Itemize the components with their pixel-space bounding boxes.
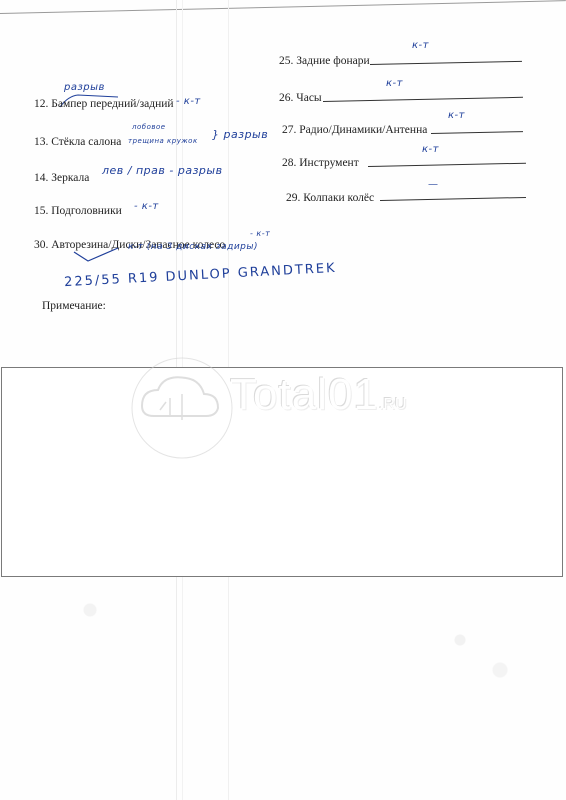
field-label-tools: 28. Инструмент [282, 157, 359, 169]
handwritten-value-hubcaps: — [428, 179, 439, 190]
scan-top-edge [0, 0, 566, 14]
car-cloud-logo-icon [130, 350, 240, 460]
field-label-radio: 27. Радио/Динамики/Антенна [282, 124, 427, 136]
field-underline [380, 197, 526, 201]
field-label-hubcaps: 29. Колпаки колёс [286, 192, 374, 204]
handwritten-value-rear-lights: к-т [412, 40, 429, 51]
handwritten-value-cabin-glass-1: лобовое [132, 124, 166, 131]
field-label-mirrors: 14. Зеркала [34, 172, 89, 184]
handwritten-value-cabin-glass-side: } разрыв [212, 128, 268, 141]
handwritten-annotation: разрыв [64, 82, 105, 93]
watermark: Total01.RU [130, 350, 430, 460]
field-underline [431, 131, 523, 134]
watermark-text: Total01.RU [230, 370, 406, 420]
handwritten-value-mirrors: лев / прав - разрыв [102, 164, 223, 177]
field-label-rear-lights: 25. Задние фонари [279, 55, 370, 67]
handwritten-value-cabin-glass-2: трещина кружок [128, 138, 198, 145]
scan-bleed-through [0, 580, 566, 800]
field-underline [370, 61, 522, 65]
notes-label: Примечание: [42, 300, 106, 312]
field-label-clock: 26. Часы [279, 92, 322, 104]
handwritten-value-headrests: - к-т [134, 201, 159, 212]
handwritten-value-tires-1: - к-т [250, 230, 270, 237]
handwritten-value-tools: к-т [422, 144, 439, 155]
handwritten-check-stroke [72, 246, 122, 266]
field-underline [368, 163, 526, 167]
handwritten-value-bumper: - к-т [176, 96, 201, 107]
field-label-cabin-glass: 13. Стёкла салона [34, 136, 121, 148]
scanned-inspection-form: разрыв 12. Бампер передний/задний - к-т … [0, 0, 566, 800]
handwritten-value-tires-2: к-т (на 3 дисках задиры) [128, 244, 258, 251]
field-underline [323, 97, 523, 102]
field-label-headrests: 15. Подголовники [34, 205, 122, 217]
handwritten-value-radio: к-т [448, 110, 465, 121]
field-label-bumper: 12. Бампер передний/задний [34, 98, 174, 110]
handwritten-value-clock: к-т [386, 78, 403, 89]
